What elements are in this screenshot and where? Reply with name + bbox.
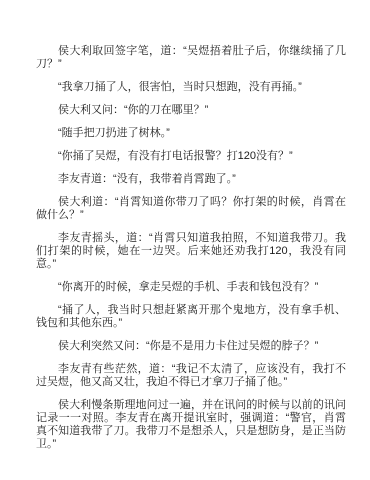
paragraph: “你离开的时候，拿走吴煜的手机、手表和钱包没有？” <box>36 281 346 294</box>
paragraph: 侯大利突然又问：“你是不是用力卡住过吴煜的脖子？” <box>36 340 346 353</box>
novel-text-page: 侯大利取回签字笔，道：“吴煜捂着肚子后，你继续捅了几刀？” “我拿刀捅了人，很害… <box>0 0 370 480</box>
paragraph: 李友青摇头，道：“肖霄只知道我拍照，不知道我带刀。我们打架的时候，她在一边哭。后… <box>36 232 346 271</box>
paragraph: 李友青有些茫然，道：“我记不太清了，应该没有，我打不过吴煜，他又高又壮，我迫不得… <box>36 363 346 389</box>
paragraph: 侯大利取回签字笔，道：“吴煜捂着肚子后，你继续捅了几刀？” <box>36 45 346 71</box>
paragraph: “我拿刀捅了人，很害怕，当时只想跑，没有再捅。” <box>36 81 346 94</box>
paragraph: “随手把刀扔进了树林。” <box>36 127 346 140</box>
paragraph: “你捅了吴煜，有没有打电话报警？打120没有？” <box>36 150 346 163</box>
paragraph: 李友青道：“没有，我带着肖霄跑了。” <box>36 173 346 186</box>
paragraph: 侯大利道：“肖霄知道你带刀了吗？你打架的时候，肖霄在做什么？” <box>36 196 346 222</box>
paragraph: 侯大利慢条斯理地问过一遍，并在讯问的时候与以前的讯问记录一一对照。李友青在离开提… <box>36 399 346 451</box>
paragraph: “捅了人，我当时只想赶紧离开那个鬼地方，没有拿手机、钱包和其他东西。” <box>36 304 346 330</box>
paragraph: 侯大利又问：“你的刀在哪里？” <box>36 104 346 117</box>
